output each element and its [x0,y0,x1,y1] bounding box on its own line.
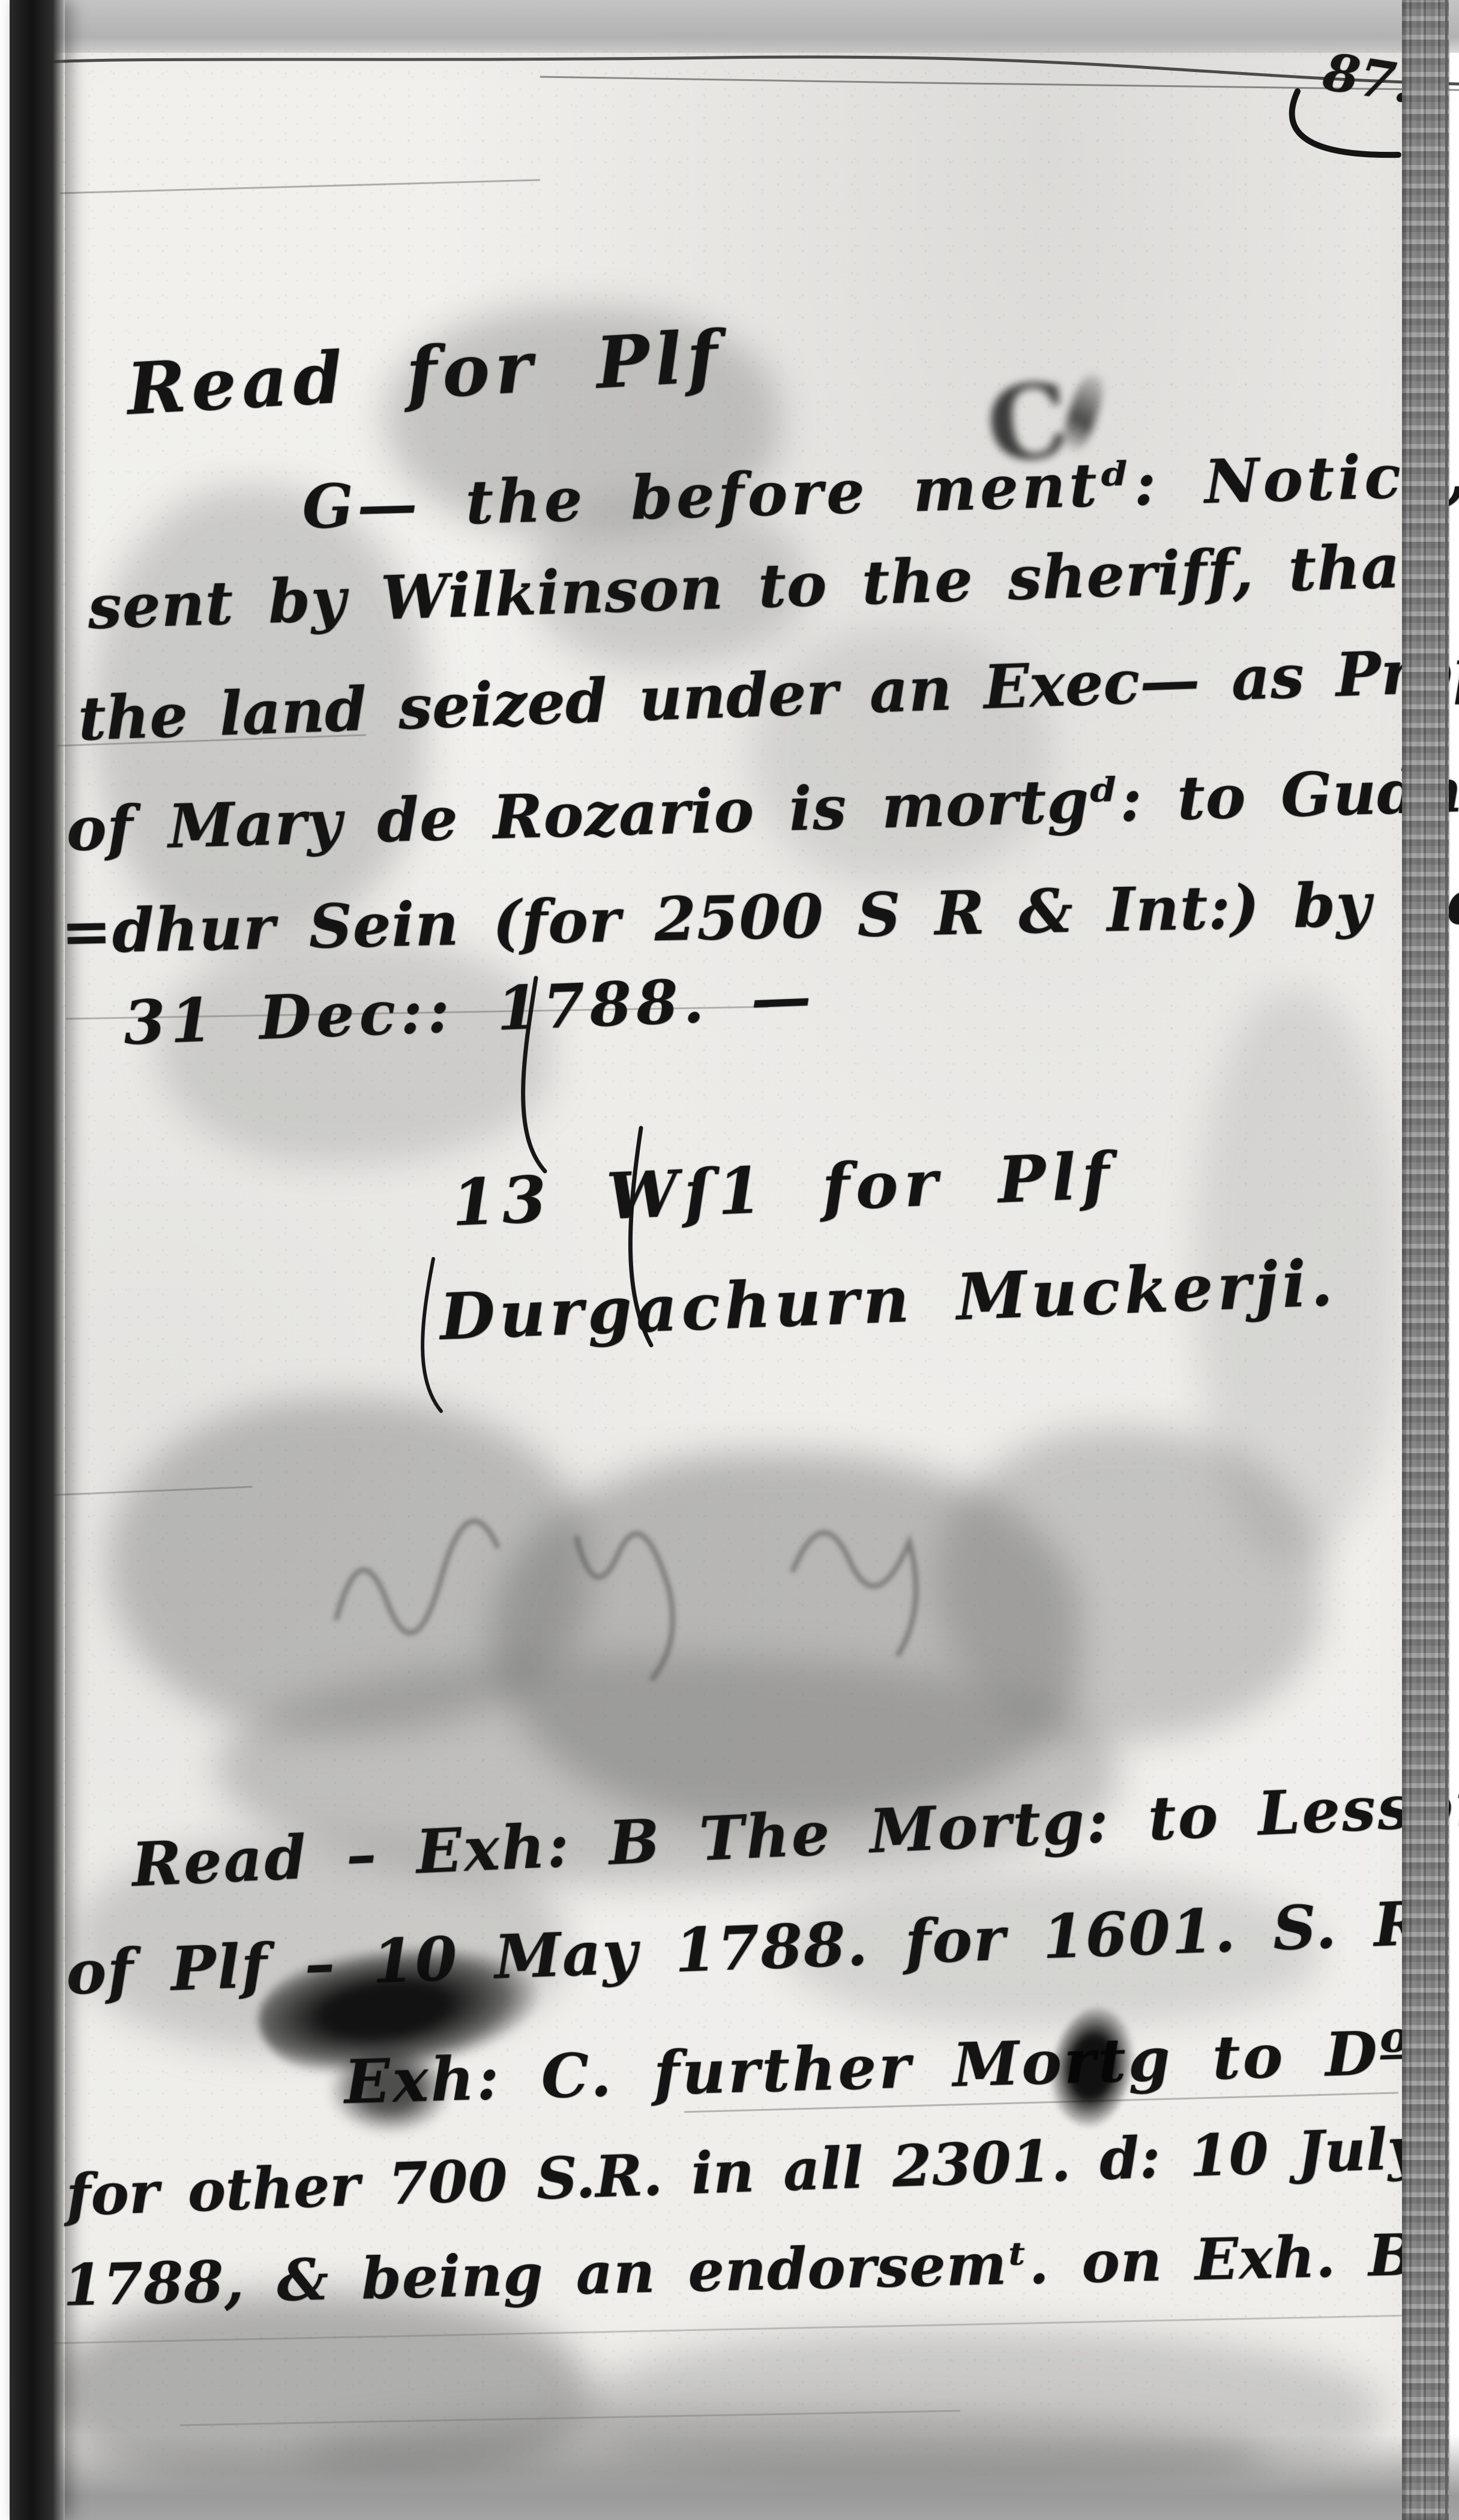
book-page-edges [1402,0,1449,2520]
manuscript-scan: Read for Plf G— the before mentᵈ: Notice… [0,0,1459,2520]
page-bottom-edge [10,2435,1459,2520]
page-edge-line [1445,0,1448,2520]
page-top-edge [10,0,1459,53]
ink-blot [327,2045,453,2135]
book-binding-edge [10,0,65,2520]
